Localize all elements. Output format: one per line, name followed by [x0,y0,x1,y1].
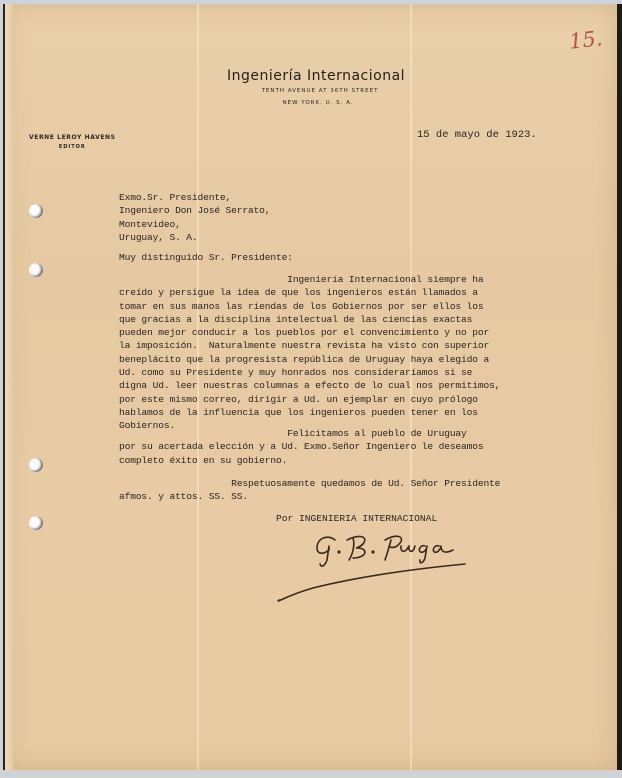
body-paragraph-2: Felicitamos al pueblo de Uruguaypor su a… [119,427,483,467]
body-line: por su acertada elección y a Ud. Exmo.Se… [119,440,483,453]
signature-graphic [273,524,473,609]
body-line: completo éxito en su gobierno. [119,454,483,467]
body-line: la imposición. Naturalmente nuestra revi… [119,339,500,352]
recipient-line: Uruguay, S. A. [119,231,270,244]
punch-hole [29,263,43,277]
body-line: Felicitamos al pueblo de Uruguay [119,427,483,440]
editor-name: VERNE LEROY HAVENS [29,134,116,141]
letter-sheet: 15. Ingeniería Internacional TENTH AVENU… [3,4,622,770]
recipient-address: Exmo.Sr. Presidente,Ingeniero Don José S… [119,191,270,244]
body-line: Respetuosamente quedamos de Ud. Señor Pr… [119,477,500,490]
punch-hole [29,458,43,472]
body-line: Ud. como su Presidente y muy honrados no… [119,366,500,379]
letterhead-title: Ingeniería Internacional [5,68,617,84]
letter-date: 15 de mayo de 1923. [417,129,537,141]
recipient-line: Ingeniero Don José Serrato, [119,204,270,217]
punch-hole [29,204,43,218]
body-line: por este mismo correo, dirigir a Ud. un … [119,393,500,406]
editor-role: EDITOR [29,144,116,150]
page-number: 15. [568,26,604,53]
body-line: digna Ud. leer nuestras columnas a efect… [119,379,500,392]
body-line: Ingeniería Internacional siempre ha [119,273,500,286]
body-line: afmos. y attos. SS. SS. [119,490,500,503]
recipient-line: Montevideo, [119,218,270,231]
letterhead-address: TENTH AVENUE AT 36TH STREET [5,88,617,94]
body-line: pueden mejor conducir a los pueblos por … [119,326,500,339]
editor-block: VERNE LEROY HAVENS EDITOR [29,134,116,150]
body-line: que gracias a la disciplina intelectual … [119,313,500,326]
letterhead: Ingeniería Internacional TENTH AVENUE AT… [5,68,617,106]
recipient-line: Exmo.Sr. Presidente, [119,191,270,204]
body-line: hablamos de la influencia que los ingeni… [119,406,500,419]
salutation: Muy distinguido Sr. Presidente: [119,251,293,264]
body-line: creído y persigue la idea de que los ing… [119,286,500,299]
sign-line: Por INGENIERIA INTERNACIONAL [276,513,437,524]
body-paragraph-1: Ingeniería Internacional siempre hacreíd… [119,273,500,433]
paper-edge [5,4,14,770]
letterhead-city: NEW YORK, U. S. A. [5,100,617,106]
body-paragraph-3: Respetuosamente quedamos de Ud. Señor Pr… [119,477,500,504]
punch-hole [29,516,43,530]
body-line: beneplácito que la progresista república… [119,353,500,366]
body-line: tomar en sus manos las riendas de los Go… [119,300,500,313]
